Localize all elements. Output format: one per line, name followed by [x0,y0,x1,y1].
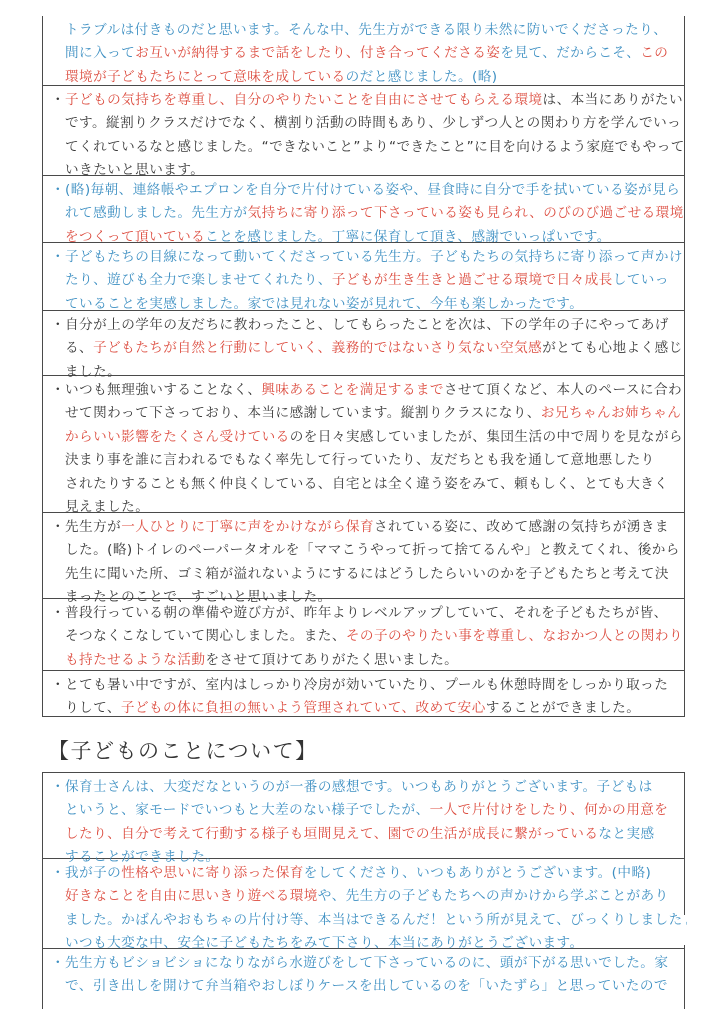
highlighted-text: 一人ひとりに丁寧に声をかけながら保育 [121,519,374,535]
comment-line: したり、自分で考えて行動する様子も垣間見えて、園での生活が成長に繋がっているなと… [51,823,676,846]
comment-text: ・先生方が [51,519,121,535]
comment-text: をさせて頂けてありがたく思いました。 [205,652,458,668]
comment-text: ・我が子の [51,865,121,881]
comment-line: ・保育士さんは、大変だなというのが一番の感想です。いつもありがとうございます。子… [51,776,676,799]
comment-line: からいい影響をたくさん受けているのを日々実感していましたが、集団生活の中で周りを… [51,426,676,449]
comment-line: です。縦割りクラスだけでなく、横割り活動の時間もあり、少しずつ人との関わり方を学… [51,112,676,135]
comment-text: ました。かばんやおもちゃの片付け等、本当はできるんだ！という所が見えて、びっくり… [65,912,697,928]
comment-text: させて頂くなど、本人のペースに合わ [444,382,682,398]
comment-line: ・子どもの気持ちを尊重し、自分のやりたいことを自由にさせてもらえる環境は、本当に… [51,89,676,112]
comment-text: りして、 [65,700,121,716]
comment-line: 決まり事を誰に言われるでもなく率先して行っていたり、友だちとも我を通して意地悪し… [51,449,676,472]
comment-text: 間に入って [65,45,135,61]
comment-line: 先生に聞いた所、ゴミ箱が溢れないようにするにはどうしたらいいのかを子どもたちと考… [51,563,676,586]
comment-line: そつなくこなしていて関心しました。また、その子のやりたい事を尊重し、なおかつ人と… [51,625,676,648]
comment-line: ・いつも無理強いすることなく、興味あることを満足するまでさせて頂くなど、本人のペ… [51,379,676,402]
comment-line: れて感動しました。先生方が気持ちに寄り添って下さっている姿も見られ、のびのび過ご… [51,202,676,225]
comment-text: していっ [613,272,669,288]
highlighted-text: も持たせるような活動 [65,652,205,668]
highlighted-text: 子どもが生き生きと過ごせる環境で日々成長 [332,272,613,288]
highlighted-text: その子のやりたい事を尊重し、なおかつ人との関わり [346,628,683,644]
comment-line: ていることを実感しました。家では見れない姿が見れて、今年も楽しかったです。 [51,293,676,316]
comment-text: る、 [65,340,93,356]
section-heading-children: 【子どものことについて】 [48,735,318,765]
comment-line: した。(略)トイレのペーパータオルを「ママこうやって折って捨てるんや」と教えてく… [51,539,676,562]
highlighted-text: お互いが納得するまで話をしたり、付き合ってくださる姿 [135,45,500,61]
comment-text: 決まり事を誰に言われるでもなく率先して行っていたり、友だちとも我を通して意地悪し… [65,452,655,468]
comment-line: ・先生方もビショビショになりながら水遊びをして下さっているのに、頭が下がる思いで… [51,952,676,975]
comment-text: せて関わって下さっており、本当に感謝しています。縦割りクラスになり、 [65,405,541,421]
comment-line: ・普段行っている朝の準備や遊び方が、昨年よりレベルアップしていて、それを子どもた… [51,602,676,625]
highlighted-text: をつくって頂いている [65,229,205,245]
comment-text: することができました。 [486,700,640,716]
comment-line: 間に入ってお互いが納得するまで話をしたり、付き合ってくださる姿を見て、だからこそ… [51,42,676,65]
comment-text: ていることを実感しました。家では見れない姿が見れて、今年も楽しかったです。 [65,296,583,312]
comment-line: る、子どもたちが自然と行動にしていく、義務的ではないさり気ない空気感がとても心地… [51,337,676,360]
highlighted-text: 子どもの体に負担の無いよう管理されていて、改めて安心 [121,700,486,716]
highlighted-text: 気持ちに寄り添って下さっている姿も見られ、のびのび過ごせる環境 [248,205,684,221]
comment-text: というと、家モードでいつもと大差のない様子でしたが、 [65,802,430,818]
comment-line: されたりすることも無く仲良くしている、自宅とは全く違う姿をみて、頼もしく、とても… [51,473,676,496]
comment-text: した。(略)トイレのペーパータオルを「ママこうやって折って捨てるんや」と教えてく… [65,542,680,558]
comment-text: は、本当にありがたい [543,92,683,108]
comment-text: のを日々実感していましたが、集団生活の中で周りを見ながら [290,429,683,445]
comment-row: ・とても暑い中ですが、室内はしっかり冷房が効いていたり、プールも休憩時間をしっか… [43,671,684,717]
comment-line: りして、子どもの体に負担の無いよう管理されていて、改めて安心することができました… [51,697,676,720]
highlighted-text: お兄ちゃんお姉ちゃん [541,405,681,421]
highlighted-text: からいい影響をたくさん受けている [65,429,290,445]
comment-text: です。縦割りクラスだけでなく、横割り活動の時間もあり、少しずつ人との関わり方を学… [65,115,681,131]
highlighted-text: 好きなことを自由に思いきり遊べる環境 [65,888,318,904]
comment-text: ・ [51,92,65,108]
highlighted-text: 興味あることを満足するまで [261,382,444,398]
comment-line: というと、家モードでいつもと大差のない様子でしたが、一人で片付けをしたり、何かの… [51,799,676,822]
comment-line: ・子どもたちの目線になって動いてくださっている先生方。子どもたちの気持ちに寄り添… [51,246,676,269]
comment-text: てくれているなと感じました。“できないこと”より“できたこと”に目を向けるよう家… [65,139,685,155]
highlighted-text: 子どもの気持ちを尊重し、自分のやりたいことを自由にさせてもらえる環境 [65,92,543,108]
comment-line: で、引き出しを開けて弁当箱やおしぼりケースを出しているのを「いたずら」と思ってい… [51,975,676,998]
comment-row: ・我が子の性格や思いに寄り添った保育をしてくださり、いつもありがとうございます。… [43,859,684,949]
comment-row: トラブルは付きものだと思います。そんな中、先生方ができる限り未然に防いでくださっ… [43,16,684,86]
highlighted-text: この [640,45,668,61]
comment-line: ・(略)毎朝、連絡帳やエプロンを自分で片付けている姿や、昼食時に自分で手を拭いて… [51,179,676,202]
comment-row: ・いつも無理強いすることなく、興味あることを満足するまでさせて頂くなど、本人のペ… [43,376,684,513]
comment-text: いきたいと思います。 [65,162,204,178]
feedback-table-children: ・保育士さんは、大変だなというのが一番の感想です。いつもありがとうございます。子… [42,772,685,1009]
comment-row: ・子どもたちの目線になって動いてくださっている先生方。子どもたちの気持ちに寄り添… [43,243,684,311]
comment-text: 見えました。 [65,499,149,515]
comment-text: ・子どもたちの目線になって動いてくださっている先生方。子どもたちの気持ちに寄り添… [51,249,683,265]
comment-text: や、先生方の子どもたちへの声かけから学ぶことがあり [318,888,669,904]
comment-text: ました。 [65,364,121,380]
highlighted-text: 子どもたちが自然と行動にしていく、義務的ではないさり気ない空気感 [93,340,542,356]
comment-text: ・(略)毎朝、連絡帳やエプロンを自分で片付けている姿や、昼食時に自分で手を拭いて… [51,182,680,198]
comment-text: ・普段行っている朝の準備や遊び方が、昨年よりレベルアップしていて、それを子どもた… [51,605,668,621]
comment-line: も持たせるような活動をさせて頂けてありがたく思いました。 [51,649,676,672]
highlighted-text: したり、自分で考えて行動する様子も垣間見えて、園での生活が成長に繋がっている [65,826,598,842]
feedback-table-environment: トラブルは付きものだと思います。そんな中、先生方ができる限り未然に防いでくださっ… [42,16,685,717]
comment-row: ・先生方もビショビショになりながら水遊びをして下さっているのに、頭が下がる思いで… [43,949,684,1009]
highlighted-text: 一人で片付けをしたり、何かの用意を [430,802,669,818]
comment-row: ・保育士さんは、大変だなというのが一番の感想です。いつもありがとうございます。子… [43,773,684,859]
comment-line: ・自分が上の学年の友だちに教わったこと、してもらったことを次は、下の学年の子にや… [51,314,676,337]
comment-text: ことを感じました。丁寧に保育して頂き、感謝でいっぱいです。 [205,229,611,245]
comment-text: のだと感じました。(略) [346,69,498,85]
comment-line: てくれているなと感じました。“できないこと”より“できたこと”に目を向けるよう家… [51,136,676,159]
comment-line: ・とても暑い中ですが、室内はしっかり冷房が効いていたり、プールも休憩時間をしっか… [51,674,676,697]
comment-text: ・保育士さんは、大変だなというのが一番の感想です。いつもありがとうございます。子… [51,779,653,795]
comment-line: たり、遊びも全力で楽しませてくれたり、子どもが生き生きと過ごせる環境で日々成長し… [51,269,676,292]
comment-text: ・先生方もビショビショになりながら水遊びをして下さっているのに、頭が下がる思いで… [51,955,668,971]
comment-text: そつなくこなしていて関心しました。また、 [65,628,346,644]
comment-text: ・いつも無理強いすることなく、 [51,382,261,398]
comment-line: ・先生方が一人ひとりに丁寧に声をかけながら保育されている姿に、改めて感謝の気持ち… [51,516,676,539]
comment-text: をしてくださり、いつもありがとうございます。(中略) [304,865,651,881]
comment-text: がとても心地よく感じ [542,340,682,356]
comment-line: トラブルは付きものだと思います。そんな中、先生方ができる限り未然に防いでくださっ… [51,19,676,42]
comment-text: トラブルは付きものだと思います。そんな中、先生方ができる限り未然に防いでくださっ… [65,22,667,38]
comment-text: で、引き出しを開けて弁当箱やおしぼりケースを出しているのを「いたずら」と思ってい… [65,978,668,994]
comment-line: ・我が子の性格や思いに寄り添った保育をしてくださり、いつもありがとうございます。… [51,862,676,885]
border-gap [682,915,686,945]
comment-line: ました。かばんやおもちゃの片付け等、本当はできるんだ！という所が見えて、びっくり… [51,909,676,932]
comment-text: 先生に聞いた所、ゴミ箱が溢れないようにするにはどうしたらいいのかを子どもたちと考… [65,566,669,582]
comment-text: されたりすることも無く仲良くしている、自宅とは全く違う姿をみて、頼もしく、とても… [65,476,668,492]
highlighted-text: 環境が子どもたちにとって意味を成している [65,69,346,85]
comment-text: なと実感 [598,826,654,842]
comment-line: せて関わって下さっており、本当に感謝しています。縦割りクラスになり、お兄ちゃんお… [51,402,676,425]
comment-row: ・子どもの気持ちを尊重し、自分のやりたいことを自由にさせてもらえる環境は、本当に… [43,86,684,176]
comment-text: ・自分が上の学年の友だちに教わったこと、してもらったことを次は、下の学年の子にや… [51,317,669,333]
comment-text: を見て、だからこそ、 [500,45,640,61]
comment-text: れて感動しました。先生方が [65,205,248,221]
comment-line: 好きなことを自由に思いきり遊べる環境や、先生方の子どもたちへの声かけから学ぶこと… [51,885,676,908]
comment-text: いつも大変な中、安全に子どもたちをみて下さり、本当にありがとうございます。 [65,935,584,951]
comment-text: されている姿に、改めて感謝の気持ちが湧きま [374,519,669,535]
comment-text: たり、遊びも全力で楽しませてくれたり、 [65,272,332,288]
comment-row: ・自分が上の学年の友だちに教わったこと、してもらったことを次は、下の学年の子にや… [43,311,684,376]
comment-row: ・先生方が一人ひとりに丁寧に声をかけながら保育されている姿に、改めて感謝の気持ち… [43,513,684,599]
comment-text: ・とても暑い中ですが、室内はしっかり冷房が効いていたり、プールも休憩時間をしっか… [51,677,668,693]
comment-row: ・(略)毎朝、連絡帳やエプロンを自分で片付けている姿や、昼食時に自分で手を拭いて… [43,176,684,243]
comment-row: ・普段行っている朝の準備や遊び方が、昨年よりレベルアップしていて、それを子どもた… [43,599,684,671]
highlighted-text: 性格や思いに寄り添った保育 [121,865,304,881]
